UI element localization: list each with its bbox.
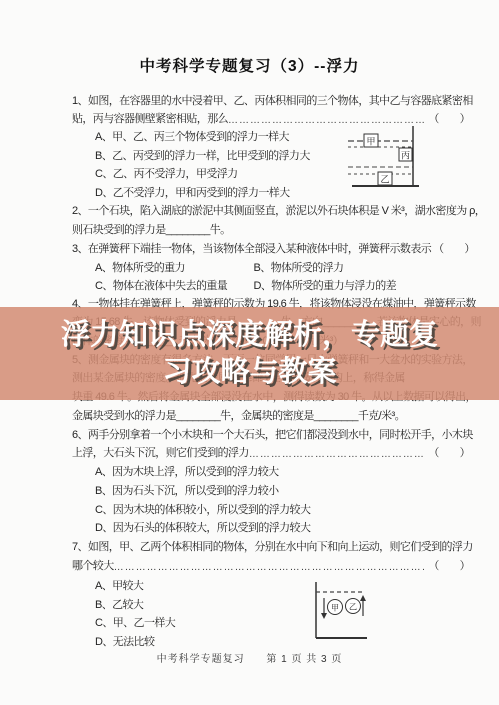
watermark-banner: 浮力知识点深度解析，专题复 习攻略与教案: [0, 307, 499, 400]
q3-options-ab: A、物体所受的重力 B、物体所受的浮力: [95, 259, 470, 275]
q3-option-d: D、物体所受的重力与浮力的差: [253, 280, 396, 292]
q3-answer-bracket: （ ）: [433, 240, 475, 256]
object-bing-label: 丙: [401, 151, 410, 161]
up-arrow-head: [360, 595, 366, 601]
page-title: 中考科学专题复习（3）--浮力: [0, 54, 499, 76]
footer-page-info: 第 1 页 共 3 页: [266, 654, 342, 665]
q3-options-cd: C、物体在液体中失去的重量 D、物体所受的重力与浮力的差: [95, 277, 470, 293]
object-yi-label: 乙: [380, 175, 389, 185]
q6-line2-text: 上浮，大石头下沉，则它们受到的浮力: [72, 444, 249, 460]
q1-line1: 1、如图，在容器里的水中浸着甲、乙、丙体积相同的三个物体，其中乙与容器底紧密相: [72, 92, 470, 108]
q6-line2: 上浮，大石头下沉，则它们受到的浮力 ……………………………………………………………: [72, 444, 470, 460]
q6-answer-bracket: （ ）: [428, 444, 470, 460]
q7-answer-bracket: （ ）: [428, 557, 470, 573]
q1-line2-text: 贴，丙与容器侧壁紧密相贴，那么: [72, 110, 228, 126]
q7-figure-tank-diagram: 甲 乙: [310, 576, 370, 649]
watermark-text-line2: 习攻略与教案: [162, 354, 336, 391]
q3-stem: 3、在弹簧秤下端挂一物体，当该物体全部浸入某种液体中时，弹簧秤示数表示 ……………: [72, 240, 470, 256]
watermark-text-line1: 浮力知识点深度解析，专题复: [61, 317, 438, 354]
down-arrow-head: [321, 613, 327, 619]
q3-option-a: A、物体所受的重力: [95, 259, 251, 275]
q7-line1: 7、如图，甲、乙两个体积相同的物体，分别在水中向下和向上运动，则它们受到的浮力: [72, 538, 470, 554]
q6-dot-leader: ……………………………………………………………………………………: [249, 449, 427, 460]
q3-option-b: B、物体所受的浮力: [253, 262, 343, 274]
q1-figure-container-diagram: 甲 丙 乙: [348, 122, 422, 197]
object-jia-label: 甲: [331, 604, 339, 613]
q7-option-d: D、无法比较: [95, 633, 470, 649]
q3-option-c: C、物体在液体中失去的重量: [95, 277, 251, 293]
q1-answer-bracket: （ ）: [428, 110, 470, 126]
q6-option-c: C、因为木块的体积较小，所以受到的浮力较大: [95, 501, 470, 517]
q7-dot-leader: ……………………………………………………………………………………: [114, 562, 427, 573]
object-yi-label: 乙: [349, 603, 357, 612]
q7-line2-text: 哪个较大: [72, 557, 114, 573]
q5-line4: 金属块受到水的浮力是________牛，金属块的密度是________千克/米³…: [72, 407, 470, 423]
q6-option-a: A、因为木块上浮，所以受到的浮力较大: [95, 463, 470, 479]
q3-stem-text: 3、在弹簧秤下端挂一物体，当该物体全部浸入某种液体中时，弹簧秤示数表示: [72, 240, 431, 256]
object-jia-label: 甲: [366, 137, 375, 147]
q7-option-b: B、乙较大: [95, 596, 470, 612]
q2-line1: 2、一个石块，陷入湖底的淤泥中其侧面竖直，淤泥以外石块体积是 V 米³，湖水密度…: [72, 202, 470, 218]
q7-line2: 哪个较大 …………………………………………………………………………………… （ …: [72, 557, 470, 573]
page-footer: 中考科学专题复习 第 1 页 共 3 页: [0, 650, 499, 665]
q6-option-d: D、因为石头的体积较大，所以受到的浮力较大: [95, 519, 470, 535]
q7-option-c: C、甲、乙一样大: [95, 614, 470, 630]
footer-doc-name: 中考科学专题复习: [157, 654, 245, 665]
q2-line2: 则石块受到的浮力是________牛。: [72, 221, 470, 237]
q6-option-b: B、因为石头下沉，所以受到的浮力较小: [95, 482, 470, 498]
q6-line1: 6、两手分别拿着一个小木块和一个大石头，把它们都浸没到水中，同时松开手，小木块: [72, 426, 470, 442]
q7-option-a: A、甲较大: [95, 577, 470, 593]
